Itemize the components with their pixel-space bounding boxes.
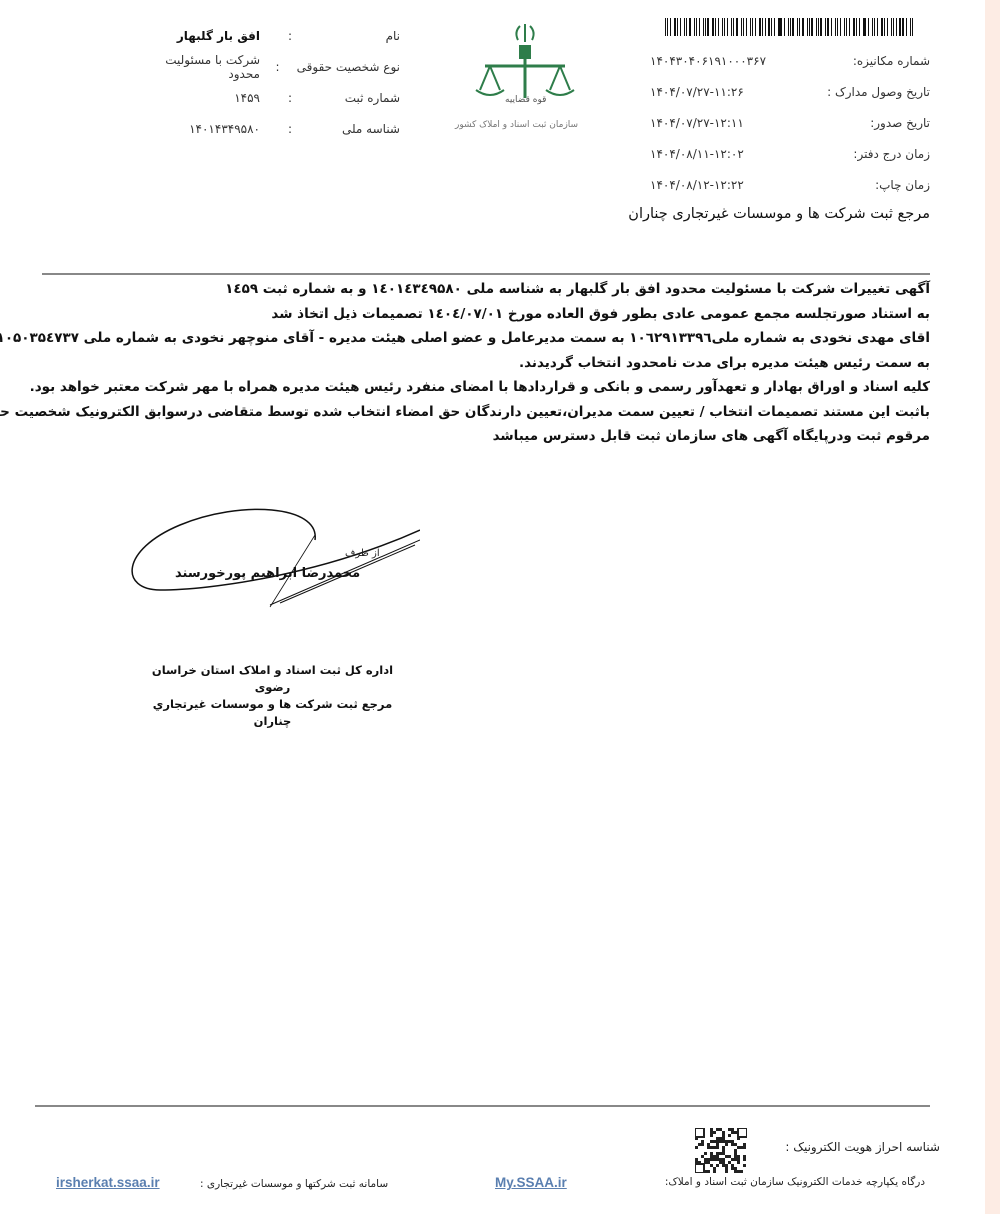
notice-body: آگهی تغییرات شرکت با مسئولیت محدود افق ب… [40, 277, 930, 449]
info-name: نام : افق بار گلبهار [150, 20, 400, 51]
electronic-auth-label: شناسه احراز هویت الکترونیک : [785, 1140, 940, 1154]
meta-registry-time: زمان درج دفتر: ۱۴۰۴/۰۸/۱۱-۱۲:۰۲ [640, 138, 930, 169]
divider-top [42, 273, 930, 275]
info-legal-type: نوع شخصیت حقوقی : شرکت با مسئولیت محدود [150, 51, 400, 82]
barcode [665, 18, 915, 36]
registry-title: مرجع ثبت شرکت ها و موسسات غیرتجاری چنارا… [628, 206, 930, 222]
info-colon: : [260, 60, 295, 74]
meta-value: ۱۴۰۴/۰۸/۱۲-۱۲:۲۲ [640, 178, 825, 192]
meta-value: ۱۴۰۴/۰۸/۱۱-۱۲:۰۲ [640, 147, 825, 161]
system-label: سامانه ثبت شرکتها و موسسات غیرتجاری : [200, 1178, 388, 1190]
office-line: اداره کل ثبت اسناد و املاک استان خراسان … [150, 662, 395, 696]
meta-value: ۱۴۰۴/۰۷/۲۷-۱۲:۱۱ [640, 116, 825, 130]
notice-line: کلیه اسناد و اوراق بهادار و تعهدآور رسمی… [40, 375, 930, 400]
notice-line: مرقوم ثبت ودرپایگاه آگهی های سازمان ثبت … [40, 424, 930, 449]
system-link[interactable]: irsherkat.ssaa.ir [56, 1175, 160, 1190]
info-value: ۱۴۰۱۴۳۴۹۵۸۰ [150, 122, 260, 136]
info-registration-number: شماره ثبت : ۱۴۵۹ [150, 82, 400, 113]
info-colon: : [260, 29, 320, 43]
meta-label: زمان درج دفتر: [825, 147, 930, 161]
qr-code-icon [695, 1128, 747, 1173]
document-meta: شماره مکانیزه: ۱۴۰۴۳۰۴۰۶۱۹۱۰۰۰۳۶۷ تاریخ … [640, 45, 930, 200]
notice-line: به استناد صورتجلسه مجمع عمومی عادی بطور … [40, 302, 930, 327]
info-label: نام [320, 29, 400, 43]
meta-label: تاریخ وصول مدارک : [825, 85, 930, 99]
emblem-caption-judiciary: قوه قضاییه [505, 95, 546, 105]
meta-mechanized-number: شماره مکانیزه: ۱۴۰۴۳۰۴۰۶۱۹۱۰۰۰۳۶۷ [640, 45, 930, 76]
info-colon: : [260, 122, 320, 136]
notice-line: آگهی تغییرات شرکت با مسئولیت محدود افق ب… [40, 277, 930, 302]
info-national-id: شناسه ملی : ۱۴۰۱۴۳۴۹۵۸۰ [150, 113, 400, 144]
portal-label: درگاه یکپارچه خدمات الکترونیک سازمان ثبت… [665, 1176, 925, 1188]
meta-issue-date: تاریخ صدور: ۱۴۰۴/۰۷/۲۷-۱۲:۱۱ [640, 107, 930, 138]
meta-receipt-date: تاریخ وصول مدارک : ۱۴۰۴/۰۷/۲۷-۱۱:۲۶ [640, 76, 930, 107]
notice-line: به سمت رئیس هیئت مدیره برای مدت نامحدود … [40, 351, 930, 376]
meta-label: زمان چاپ: [825, 178, 930, 192]
info-colon: : [260, 91, 320, 105]
info-value: ۱۴۵۹ [150, 91, 260, 105]
info-label: شناسه ملی [320, 122, 400, 136]
notice-line: باثبت این مستند تصمیمات انتخاب / تعیین س… [40, 400, 930, 425]
meta-value: ۱۴۰۴۳۰۴۰۶۱۹۱۰۰۰۳۶۷ [640, 54, 825, 68]
info-value: شرکت با مسئولیت محدود [150, 53, 260, 81]
company-info: نام : افق بار گلبهار نوع شخصیت حقوقی : ش… [150, 20, 400, 144]
meta-print-time: زمان چاپ: ۱۴۰۴/۰۸/۱۲-۱۲:۲۲ [640, 169, 930, 200]
signatory-name: محمدرضا ابراهیم پورخورسند [175, 566, 360, 581]
info-label: نوع شخصیت حقوقی [295, 60, 400, 74]
signature-on-behalf: از طرف [345, 548, 380, 559]
portal-link[interactable]: My.SSAA.ir [495, 1175, 567, 1190]
scroll-edge-band [985, 0, 1000, 1214]
info-label: شماره ثبت [320, 91, 400, 105]
notice-line: اقای مهدی نخودی به شماره ملی۱۰٦۲۹۱۳۳۹٦ ب… [40, 326, 930, 351]
issuing-office: اداره کل ثبت اسناد و املاک استان خراسان … [150, 662, 395, 730]
info-value: افق بار گلبهار [150, 29, 260, 43]
divider-bottom [35, 1105, 930, 1107]
meta-value: ۱۴۰۴/۰۷/۲۷-۱۱:۲۶ [640, 85, 825, 99]
emblem-caption-organization: سازمان ثبت اسناد و املاک کشور [455, 120, 578, 130]
meta-label: تاریخ صدور: [825, 116, 930, 130]
meta-label: شماره مکانیزه: [825, 54, 930, 68]
office-line: مرجع ثبت شرکت ها و موسسات غیرتجاري چنارا… [150, 696, 395, 730]
